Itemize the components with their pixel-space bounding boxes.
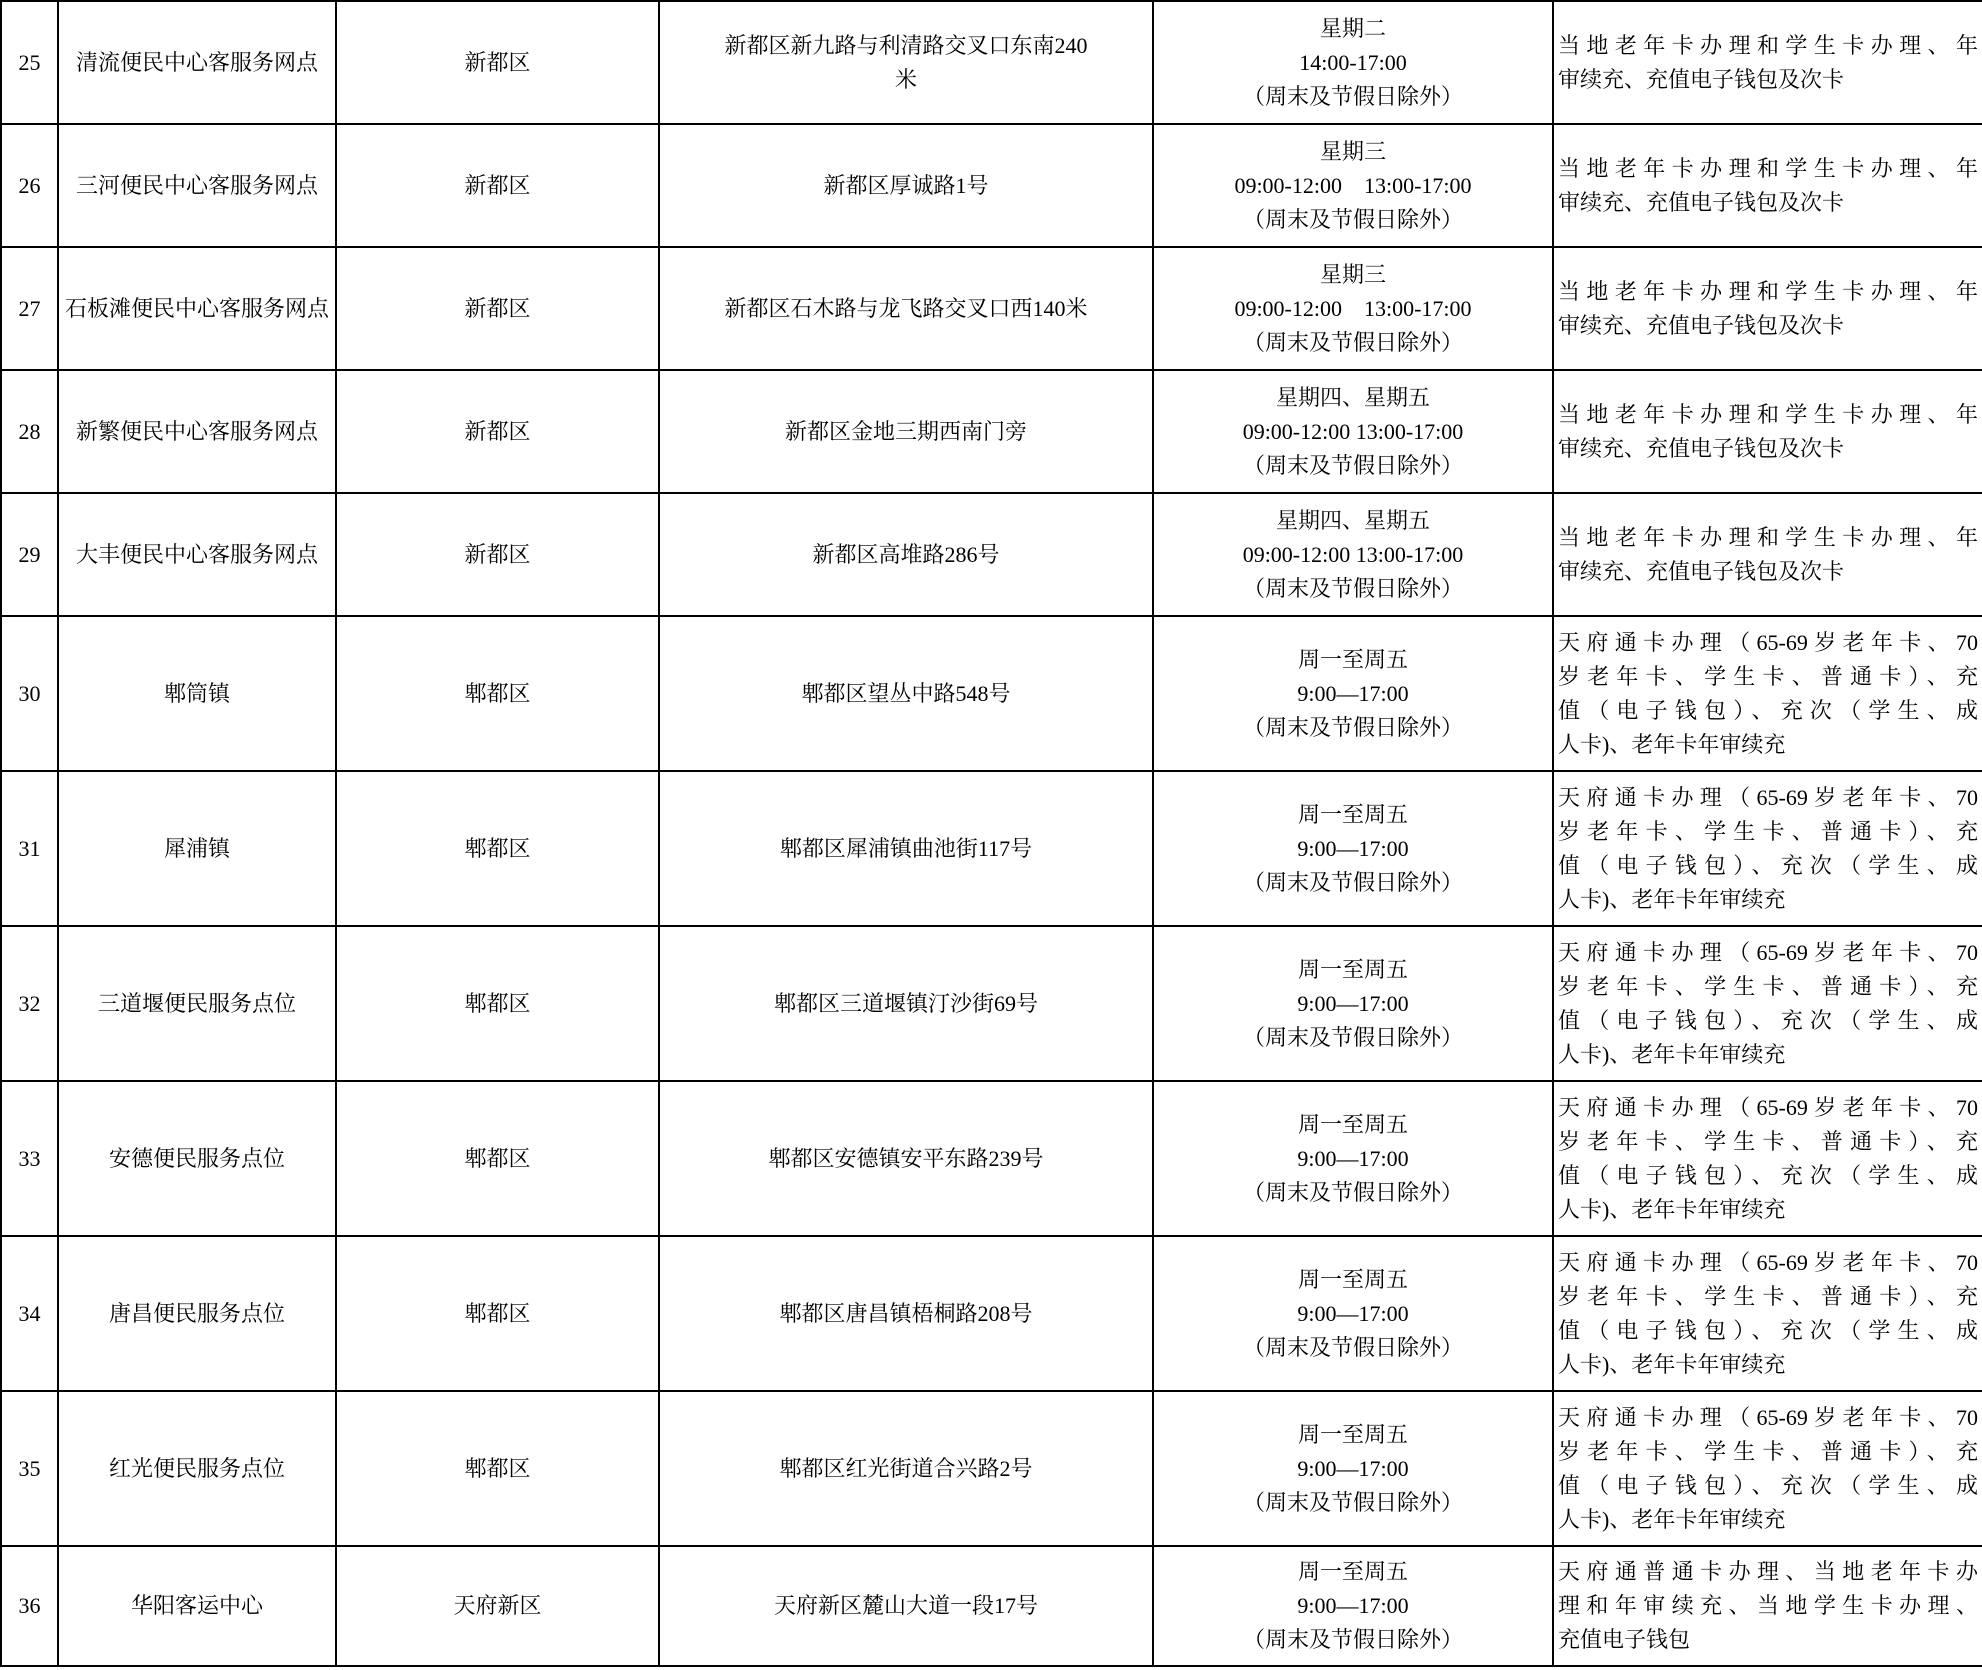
cell-name: 郫筒镇: [58, 616, 336, 771]
cell-services-line: 岁老年卡、学生卡、普通卡）、充: [1558, 815, 1978, 849]
cell-address: 天府新区麓山大道一段17号: [659, 1546, 1153, 1666]
cell-services-line: 值（电子钱包）、充次（学生、成: [1558, 694, 1978, 728]
cell-hours: 周一至周五9:00—17:00（周末及节假日除外）: [1153, 1546, 1553, 1666]
cell-services-line: 天府通卡办理（65-69岁老年卡、70: [1558, 781, 1978, 815]
cell-services-line: 天府通普通卡办理、当地老年卡办: [1558, 1555, 1978, 1589]
cell-hours-line: 星期二: [1158, 12, 1548, 46]
cell-address-line: 新都区高堆路286号: [664, 538, 1148, 572]
cell-services: 天府通卡办理（65-69岁老年卡、70岁老年卡、学生卡、普通卡）、充值（电子钱包…: [1553, 1391, 1982, 1546]
cell-district: 郫都区: [336, 1081, 659, 1236]
table-row-27: 27石板滩便民中心客服务网点新都区新都区石木路与龙飞路交叉口西140米星期三09…: [1, 247, 1982, 370]
cell-services-line: 值（电子钱包）、充次（学生、成: [1558, 1314, 1978, 1348]
cell-services: 当地老年卡办理和学生卡办理、年审续充、充值电子钱包及次卡: [1553, 1, 1982, 124]
cell-services-line: 岁老年卡、学生卡、普通卡）、充: [1558, 970, 1978, 1004]
cell-hours: 周一至周五9:00—17:00（周末及节假日除外）: [1153, 926, 1553, 1081]
cell-name: 安德便民服务点位: [58, 1081, 336, 1236]
cell-services: 当地老年卡办理和学生卡办理、年审续充、充值电子钱包及次卡: [1553, 247, 1982, 370]
cell-hours-line: 周一至周五: [1158, 1263, 1548, 1297]
cell-hours-line: （周末及节假日除外）: [1158, 449, 1548, 483]
cell-address-line: 郫都区红光街道合兴路2号: [664, 1452, 1148, 1486]
cell-hours: 周一至周五9:00—17:00（周末及节假日除外）: [1153, 1391, 1553, 1546]
cell-address-line: 郫都区三道堰镇汀沙街69号: [664, 987, 1148, 1021]
cell-address: 新都区高堆路286号: [659, 493, 1153, 616]
cell-hours-line: （周末及节假日除外）: [1158, 203, 1548, 237]
cell-address-line: 天府新区麓山大道一段17号: [664, 1589, 1148, 1623]
cell-services-line: 人卡)、老年卡年审续充: [1558, 1038, 1978, 1072]
cell-district: 郫都区: [336, 1391, 659, 1546]
cell-services: 天府通卡办理（65-69岁老年卡、70岁老年卡、学生卡、普通卡）、充值（电子钱包…: [1553, 616, 1982, 771]
cell-services-line: 当地老年卡办理和学生卡办理、年: [1558, 29, 1978, 63]
cell-number: 33: [1, 1081, 58, 1236]
cell-hours-line: （周末及节假日除外）: [1158, 80, 1548, 114]
cell-services-line: 当地老年卡办理和学生卡办理、年: [1558, 521, 1978, 555]
cell-services-line: 值（电子钱包）、充次（学生、成: [1558, 1159, 1978, 1193]
cell-name: 三河便民中心客服务网点: [58, 124, 336, 247]
cell-services-line: 天府通卡办理（65-69岁老年卡、70: [1558, 1091, 1978, 1125]
cell-number: 26: [1, 124, 58, 247]
table-row-34: 34唐昌便民服务点位郫都区郫都区唐昌镇梧桐路208号周一至周五9:00—17:0…: [1, 1236, 1982, 1391]
cell-services: 天府通卡办理（65-69岁老年卡、70岁老年卡、学生卡、普通卡）、充值（电子钱包…: [1553, 926, 1982, 1081]
table-row-33: 33安德便民服务点位郫都区郫都区安德镇安平东路239号周一至周五9:00—17:…: [1, 1081, 1982, 1236]
cell-services-line: 充值电子钱包: [1558, 1623, 1978, 1657]
cell-district: 新都区: [336, 124, 659, 247]
cell-hours: 周一至周五9:00—17:00（周末及节假日除外）: [1153, 616, 1553, 771]
cell-services-line: 岁老年卡、学生卡、普通卡）、充: [1558, 1125, 1978, 1159]
cell-hours-line: 9:00—17:00: [1158, 1452, 1548, 1486]
cell-services-line: 天府通卡办理（65-69岁老年卡、70: [1558, 626, 1978, 660]
cell-hours-line: 9:00—17:00: [1158, 987, 1548, 1021]
cell-hours-line: （周末及节假日除外）: [1158, 1331, 1548, 1365]
cell-services-line: 审续充、充值电子钱包及次卡: [1558, 186, 1978, 220]
cell-hours: 周一至周五9:00—17:00（周末及节假日除外）: [1153, 1081, 1553, 1236]
cell-services-line: 审续充、充值电子钱包及次卡: [1558, 432, 1978, 466]
cell-district: 郫都区: [336, 616, 659, 771]
cell-address-line: 米: [664, 63, 1148, 97]
cell-hours: 周一至周五9:00—17:00（周末及节假日除外）: [1153, 1236, 1553, 1391]
cell-address-line: 郫都区犀浦镇曲池街117号: [664, 832, 1148, 866]
cell-hours-line: 9:00—17:00: [1158, 1297, 1548, 1331]
cell-hours-line: （周末及节假日除外）: [1158, 1021, 1548, 1055]
cell-hours-line: 9:00—17:00: [1158, 1589, 1548, 1623]
cell-hours-line: 星期三: [1158, 135, 1548, 169]
cell-services-line: 当地老年卡办理和学生卡办理、年: [1558, 398, 1978, 432]
cell-number: 27: [1, 247, 58, 370]
cell-number: 32: [1, 926, 58, 1081]
cell-hours: 星期三09:00-12:00 13:00-17:00（周末及节假日除外）: [1153, 124, 1553, 247]
table-row-31: 31犀浦镇郫都区郫都区犀浦镇曲池街117号周一至周五9:00—17:00（周末及…: [1, 771, 1982, 926]
cell-hours-line: （周末及节假日除外）: [1158, 1623, 1548, 1657]
cell-services-line: 人卡)、老年卡年审续充: [1558, 1193, 1978, 1227]
cell-number: 28: [1, 370, 58, 493]
cell-name: 三道堰便民服务点位: [58, 926, 336, 1081]
cell-district: 新都区: [336, 493, 659, 616]
table-row-36: 36华阳客运中心天府新区天府新区麓山大道一段17号周一至周五9:00—17:00…: [1, 1546, 1982, 1666]
cell-services: 天府通普通卡办理、当地老年卡办理和年审续充、当地学生卡办理、充值电子钱包: [1553, 1546, 1982, 1666]
cell-hours-line: （周末及节假日除外）: [1158, 866, 1548, 900]
cell-hours-line: 09:00-12:00 13:00-17:00: [1158, 169, 1548, 203]
cell-services-line: 当地老年卡办理和学生卡办理、年: [1558, 152, 1978, 186]
cell-district: 新都区: [336, 370, 659, 493]
cell-name: 新繁便民中心客服务网点: [58, 370, 336, 493]
cell-hours-line: 星期四、星期五: [1158, 381, 1548, 415]
table-row-28: 28新繁便民中心客服务网点新都区新都区金地三期西南门旁星期四、星期五09:00-…: [1, 370, 1982, 493]
cell-name: 华阳客运中心: [58, 1546, 336, 1666]
cell-hours-line: 09:00-12:00 13:00-17:00: [1158, 415, 1548, 449]
cell-services: 天府通卡办理（65-69岁老年卡、70岁老年卡、学生卡、普通卡）、充值（电子钱包…: [1553, 1236, 1982, 1391]
cell-address: 郫都区唐昌镇梧桐路208号: [659, 1236, 1153, 1391]
cell-address: 新都区石木路与龙飞路交叉口西140米: [659, 247, 1153, 370]
cell-hours-line: 14:00-17:00: [1158, 46, 1548, 80]
page: 25清流便民中心客服务网点新都区新都区新九路与利清路交叉口东南240米星期二14…: [0, 0, 1982, 1670]
cell-address-line: 郫都区唐昌镇梧桐路208号: [664, 1297, 1148, 1331]
cell-services-line: 天府通卡办理（65-69岁老年卡、70: [1558, 936, 1978, 970]
cell-services: 当地老年卡办理和学生卡办理、年审续充、充值电子钱包及次卡: [1553, 493, 1982, 616]
table-body: 25清流便民中心客服务网点新都区新都区新九路与利清路交叉口东南240米星期二14…: [1, 1, 1982, 1666]
cell-services-line: 人卡)、老年卡年审续充: [1558, 728, 1978, 762]
cell-hours-line: （周末及节假日除外）: [1158, 1486, 1548, 1520]
cell-address-line: 新都区石木路与龙飞路交叉口西140米: [664, 292, 1148, 326]
cell-hours-line: 星期四、星期五: [1158, 504, 1548, 538]
cell-address: 新都区金地三期西南门旁: [659, 370, 1153, 493]
cell-number: 25: [1, 1, 58, 124]
cell-services-line: 当地老年卡办理和学生卡办理、年: [1558, 275, 1978, 309]
table-row-32: 32三道堰便民服务点位郫都区郫都区三道堰镇汀沙街69号周一至周五9:00—17:…: [1, 926, 1982, 1081]
cell-address-line: 郫都区望丛中路548号: [664, 677, 1148, 711]
cell-district: 郫都区: [336, 771, 659, 926]
cell-address: 郫都区犀浦镇曲池街117号: [659, 771, 1153, 926]
cell-address: 郫都区安德镇安平东路239号: [659, 1081, 1153, 1236]
cell-district: 郫都区: [336, 926, 659, 1081]
cell-district: 郫都区: [336, 1236, 659, 1391]
cell-services: 天府通卡办理（65-69岁老年卡、70岁老年卡、学生卡、普通卡）、充值（电子钱包…: [1553, 771, 1982, 926]
cell-address-line: 新都区金地三期西南门旁: [664, 415, 1148, 449]
cell-services-line: 人卡)、老年卡年审续充: [1558, 1348, 1978, 1382]
cell-name: 大丰便民中心客服务网点: [58, 493, 336, 616]
cell-address: 新都区新九路与利清路交叉口东南240米: [659, 1, 1153, 124]
cell-address-line: 新都区新九路与利清路交叉口东南240: [664, 29, 1148, 63]
cell-hours-line: 星期三: [1158, 258, 1548, 292]
cell-services-line: 人卡)、老年卡年审续充: [1558, 883, 1978, 917]
cell-address-line: 新都区厚诚路1号: [664, 169, 1148, 203]
table-row-30: 30郫筒镇郫都区郫都区望丛中路548号周一至周五9:00—17:00（周末及节假…: [1, 616, 1982, 771]
cell-number: 35: [1, 1391, 58, 1546]
cell-hours-line: （周末及节假日除外）: [1158, 711, 1548, 745]
cell-hours-line: 周一至周五: [1158, 1108, 1548, 1142]
cell-hours-line: （周末及节假日除外）: [1158, 1176, 1548, 1210]
cell-number: 34: [1, 1236, 58, 1391]
cell-hours-line: 周一至周五: [1158, 953, 1548, 987]
cell-services-line: 审续充、充值电子钱包及次卡: [1558, 63, 1978, 97]
cell-hours-line: 09:00-12:00 13:00-17:00: [1158, 538, 1548, 572]
cell-number: 29: [1, 493, 58, 616]
cell-hours: 星期四、星期五09:00-12:00 13:00-17:00（周末及节假日除外）: [1153, 493, 1553, 616]
cell-district: 天府新区: [336, 1546, 659, 1666]
cell-district: 新都区: [336, 1, 659, 124]
cell-name: 犀浦镇: [58, 771, 336, 926]
cell-services-line: 岁老年卡、学生卡、普通卡）、充: [1558, 1280, 1978, 1314]
cell-address: 新都区厚诚路1号: [659, 124, 1153, 247]
service-points-table: 25清流便民中心客服务网点新都区新都区新九路与利清路交叉口东南240米星期二14…: [0, 0, 1982, 1667]
cell-hours: 星期三09:00-12:00 13:00-17:00（周末及节假日除外）: [1153, 247, 1553, 370]
cell-name: 清流便民中心客服务网点: [58, 1, 336, 124]
cell-hours: 星期四、星期五09:00-12:00 13:00-17:00（周末及节假日除外）: [1153, 370, 1553, 493]
cell-services-line: 天府通卡办理（65-69岁老年卡、70: [1558, 1401, 1978, 1435]
cell-number: 31: [1, 771, 58, 926]
cell-services-line: 审续充、充值电子钱包及次卡: [1558, 555, 1978, 589]
cell-hours-line: 9:00—17:00: [1158, 1142, 1548, 1176]
cell-district: 新都区: [336, 247, 659, 370]
cell-name: 红光便民服务点位: [58, 1391, 336, 1546]
cell-services-line: 审续充、充值电子钱包及次卡: [1558, 309, 1978, 343]
cell-name: 唐昌便民服务点位: [58, 1236, 336, 1391]
cell-hours-line: 周一至周五: [1158, 1418, 1548, 1452]
cell-services-line: 岁老年卡、学生卡、普通卡）、充: [1558, 660, 1978, 694]
cell-address: 郫都区三道堰镇汀沙街69号: [659, 926, 1153, 1081]
cell-hours-line: 周一至周五: [1158, 1555, 1548, 1589]
cell-services-line: 理和年审续充、当地学生卡办理、: [1558, 1589, 1978, 1623]
cell-services-line: 值（电子钱包）、充次（学生、成: [1558, 849, 1978, 883]
cell-services-line: 人卡)、老年卡年审续充: [1558, 1503, 1978, 1537]
cell-services-line: 值（电子钱包）、充次（学生、成: [1558, 1004, 1978, 1038]
cell-address: 郫都区红光街道合兴路2号: [659, 1391, 1153, 1546]
table-row-29: 29大丰便民中心客服务网点新都区新都区高堆路286号星期四、星期五09:00-1…: [1, 493, 1982, 616]
cell-hours-line: 09:00-12:00 13:00-17:00: [1158, 292, 1548, 326]
cell-number: 30: [1, 616, 58, 771]
cell-number: 36: [1, 1546, 58, 1666]
cell-hours: 周一至周五9:00—17:00（周末及节假日除外）: [1153, 771, 1553, 926]
cell-services: 当地老年卡办理和学生卡办理、年审续充、充值电子钱包及次卡: [1553, 124, 1982, 247]
cell-hours-line: 9:00—17:00: [1158, 832, 1548, 866]
cell-services-line: 天府通卡办理（65-69岁老年卡、70: [1558, 1246, 1978, 1280]
cell-hours: 星期二14:00-17:00（周末及节假日除外）: [1153, 1, 1553, 124]
table-row-35: 35红光便民服务点位郫都区郫都区红光街道合兴路2号周一至周五9:00—17:00…: [1, 1391, 1982, 1546]
cell-address-line: 郫都区安德镇安平东路239号: [664, 1142, 1148, 1176]
cell-services-line: 值（电子钱包）、充次（学生、成: [1558, 1469, 1978, 1503]
cell-address: 郫都区望丛中路548号: [659, 616, 1153, 771]
cell-name: 石板滩便民中心客服务网点: [58, 247, 336, 370]
table-row-26: 26三河便民中心客服务网点新都区新都区厚诚路1号星期三09:00-12:00 1…: [1, 124, 1982, 247]
cell-hours-line: （周末及节假日除外）: [1158, 326, 1548, 360]
table-row-25: 25清流便民中心客服务网点新都区新都区新九路与利清路交叉口东南240米星期二14…: [1, 1, 1982, 124]
cell-services-line: 岁老年卡、学生卡、普通卡）、充: [1558, 1435, 1978, 1469]
cell-hours-line: 周一至周五: [1158, 643, 1548, 677]
cell-hours-line: 周一至周五: [1158, 798, 1548, 832]
cell-services: 当地老年卡办理和学生卡办理、年审续充、充值电子钱包及次卡: [1553, 370, 1982, 493]
cell-hours-line: （周末及节假日除外）: [1158, 572, 1548, 606]
cell-services: 天府通卡办理（65-69岁老年卡、70岁老年卡、学生卡、普通卡）、充值（电子钱包…: [1553, 1081, 1982, 1236]
cell-hours-line: 9:00—17:00: [1158, 677, 1548, 711]
